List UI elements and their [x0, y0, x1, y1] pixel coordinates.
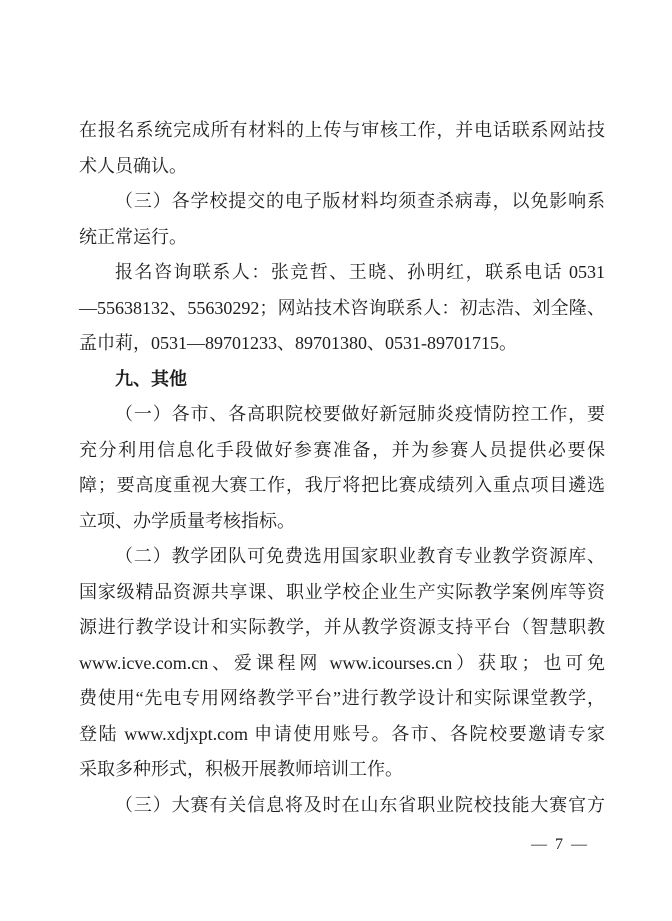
- text-line: （三）大赛有关信息将及时在山东省职业院校技能大赛官方: [79, 788, 605, 824]
- paragraph-item-two-resources: （二）教学团队可免费选用国家职业教育专业教学资源库、 国家级精品资源共享课、职业…: [79, 539, 605, 788]
- document-page: 在报名系统完成所有材料的上传与审核工作，并电话联系网站技 术人员确认。 （三）各…: [0, 0, 672, 921]
- text-line: 充分利用信息化手段做好参赛准备，并为参赛人员提供必要保: [79, 433, 605, 469]
- page-number: — 7 —: [506, 836, 614, 854]
- text-line: 费使用“先电专用网络教学平台”进行教学设计和实际课堂教学，: [79, 681, 605, 717]
- paragraph-item-one-epidemic: （一）各市、各高职院校要做好新冠肺炎疫情防控工作，要 充分利用信息化手段做好参赛…: [79, 397, 605, 539]
- text-line: 孟巾莉，0531—89701233、89701380、0531-89701715…: [79, 326, 605, 362]
- text-line: （一）各市、各高职院校要做好新冠肺炎疫情防控工作，要: [79, 397, 605, 433]
- paragraph-item-three-virus: （三）各学校提交的电子版材料均须查杀病毒，以免影响系 统正常运行。: [79, 184, 605, 255]
- text-line: （二）教学团队可免费选用国家职业教育专业教学资源库、: [79, 539, 605, 575]
- text-line: 障；要高度重视大赛工作，我厅将把比赛成绩列入重点项目遴选: [79, 468, 605, 504]
- paragraph-continuation: 在报名系统完成所有材料的上传与审核工作，并电话联系网站技 术人员确认。: [79, 113, 605, 184]
- text-line: （三）各学校提交的电子版材料均须查杀病毒，以免影响系: [79, 184, 605, 220]
- paragraph-contacts: 报名咨询联系人：张竞哲、王晓、孙明红，联系电话 0531 —55638132、5…: [79, 255, 605, 362]
- text-line: 源进行教学设计和实际教学，并从教学资源支持平台（智慧职教: [79, 610, 605, 646]
- section-heading-nine-other: 九、其他: [79, 362, 605, 398]
- text-line: 统正常运行。: [79, 220, 605, 256]
- paragraph-item-three-info: （三）大赛有关信息将及时在山东省职业院校技能大赛官方: [79, 788, 605, 824]
- text-line: 国家级精品资源共享课、职业学校企业生产实际教学案例库等资: [79, 575, 605, 611]
- text-line: 术人员确认。: [79, 149, 605, 185]
- text-line: 报名咨询联系人：张竞哲、王晓、孙明红，联系电话 0531: [79, 255, 605, 291]
- text-line: 采取多种形式，积极开展教师培训工作。: [79, 752, 605, 788]
- text-line: www.icve.com.cn、爱课程网 www.icourses.cn）获取；…: [79, 646, 605, 682]
- text-line: 登陆 www.xdjxpt.com 申请使用账号。各市、各院校要邀请专家: [79, 717, 605, 753]
- text-line: 立项、办学质量考核指标。: [79, 504, 605, 540]
- text-line: 在报名系统完成所有材料的上传与审核工作，并电话联系网站技: [79, 113, 605, 149]
- text-line: —55638132、55630292；网站技术咨询联系人：初志浩、刘全隆、: [79, 291, 605, 327]
- document-body: 在报名系统完成所有材料的上传与审核工作，并电话联系网站技 术人员确认。 （三）各…: [79, 113, 605, 823]
- section-heading-text: 九、其他: [79, 362, 605, 398]
